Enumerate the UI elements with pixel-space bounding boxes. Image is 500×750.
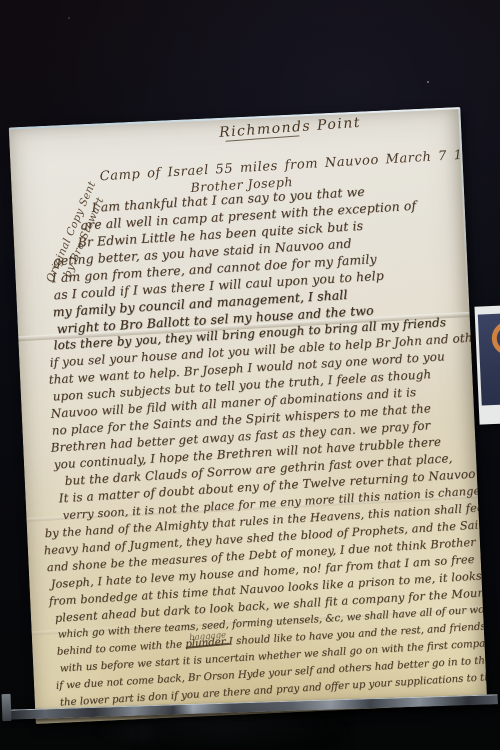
crescent-icon	[491, 321, 500, 356]
letter-body: I am thankful that I can say to you that…	[23, 173, 487, 712]
exhibit-card	[474, 305, 500, 424]
display-case: Original Copy Sent by Bro Stewart Richmo…	[0, 0, 500, 750]
museum-letter-photo: { "photo": { "background_color": "#0a0c1…	[0, 0, 500, 750]
letter-paper: Original Copy Sent by Bro Stewart Richmo…	[9, 107, 488, 724]
holder-bracket	[2, 694, 12, 721]
exhibit-card-face	[478, 313, 500, 405]
dust-speck	[427, 81, 429, 83]
letter-text: Camp of Israel 55 miles from Nauvoo Marc…	[19, 107, 488, 723]
shelf-shadow	[150, 720, 340, 750]
dust-speck	[68, 17, 70, 19]
